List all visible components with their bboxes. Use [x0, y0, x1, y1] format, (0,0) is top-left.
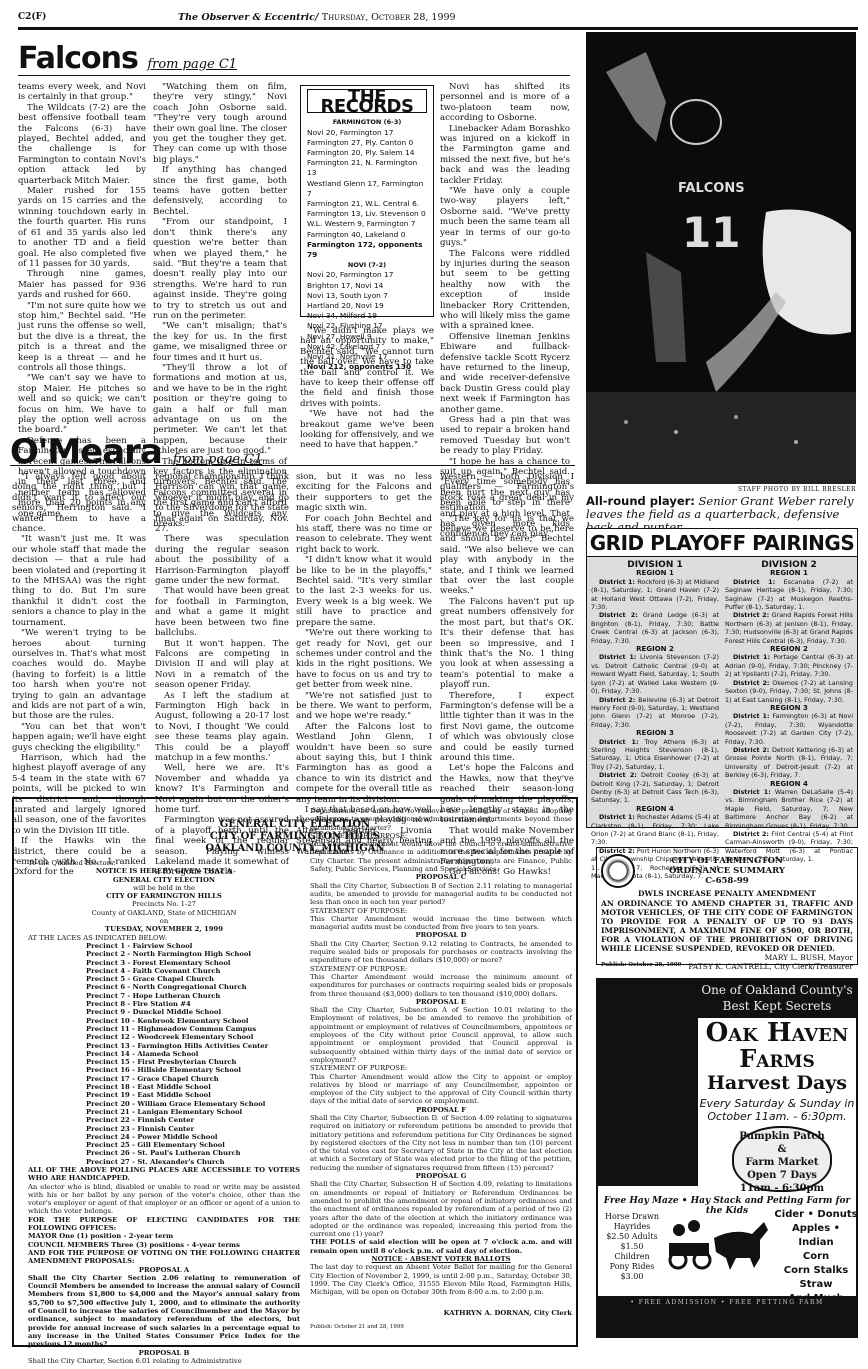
paragraph: "I didn't know what it would be like to …	[296, 555, 432, 628]
paragraph: regional championship. I think Harrison …	[155, 472, 289, 534]
farm-name: Oak Haven	[698, 1020, 856, 1046]
records-box: THE RECORDS FARMINGTON (6-3) Novi 20, Fa…	[300, 85, 434, 317]
precinct-item: Precinct 1 - Fairview School	[86, 942, 300, 950]
result-row: Farmington 20, Ply. Salem 14	[307, 148, 427, 158]
farmington-header: FARMINGTON (6-3)	[307, 117, 427, 127]
football-photo: FALCONS 11	[586, 32, 856, 484]
paragraph: Linebacker Adam Borashko was injured on …	[440, 124, 570, 186]
photo-credit: STAFF PHOTO BY BILL BRESLER	[586, 486, 856, 493]
result-row: Novi 20, Farmington 17	[307, 270, 427, 280]
price-line: Horse Drawn	[602, 1212, 662, 1222]
precinct-item: Precinct 19 - East Middle School	[86, 1091, 300, 1099]
precinct-item: Precinct 23 - Finnish Center	[86, 1125, 300, 1133]
precinct-item: Precinct 18 - East Middle School	[86, 1083, 300, 1091]
paragraph: "We're not satisfied just to be there. W…	[296, 691, 432, 722]
district-pairing: District 1: Portage Central (6-3) at Adr…	[725, 653, 853, 678]
svg-text:FALCONS: FALCONS	[678, 181, 745, 196]
proposal-c-text: Shall the City Charter, Subsection B of …	[310, 882, 572, 907]
division-label: DIVISION 2	[725, 561, 853, 569]
goods-item: Corn	[774, 1250, 858, 1264]
paragraph: As I left the stadium at Farmington High…	[155, 691, 289, 764]
svg-text:11: 11	[682, 208, 740, 257]
region-label: REGION 1	[591, 569, 719, 577]
district-pairing: District 2: Grand Rapids Forest Hills No…	[725, 611, 853, 645]
notice-col-1: To the Qualified Electors: NOTICE IS HER…	[28, 859, 300, 1365]
playoff-pairings-box: GRID PLAYOFF PAIRINGS DIVISION 1 REGION …	[586, 528, 858, 828]
precinct-item: Precinct 24 - Power Middle School	[86, 1133, 300, 1141]
paragraph: "We're out there working to get ready fo…	[296, 628, 432, 690]
result-row: Farmington 21, W.L. Central 6.	[307, 199, 427, 209]
paragraph: Through nine games, Maier has passed for…	[18, 269, 146, 300]
result-row: Brighton 17, Novi 14	[307, 281, 427, 291]
paragraph: sion, but it was no less exciting for th…	[296, 472, 432, 514]
precinct-item: Precinct 12 - Woodcreek Elementary Schoo…	[86, 1033, 300, 1041]
precinct-item: Precinct 10 - Kenbrook Elementary School	[86, 1017, 300, 1025]
assistance-note: An elector who is blind, disabled or una…	[28, 1183, 300, 1216]
precinct-item: Precinct 3 - Forest Elementary School	[86, 959, 300, 967]
headline-rule	[18, 75, 570, 76]
result-row: Farmington 27, Ply. Canton 0	[307, 138, 427, 148]
footer-text: • FREE ADMISSION • FREE PETTING FARM	[598, 1299, 856, 1306]
paragraph: Therefore, I expect Farmington's defense…	[440, 691, 574, 764]
farmington-total: Farmington 172, opponents 79	[307, 240, 427, 260]
ordinance-number: C-658-99	[597, 876, 857, 886]
ordinance-body: AN ORDINANCE TO AMEND CHAPTER 31, TRAFFI…	[597, 899, 857, 953]
precinct-item: Precinct 15 - First Presbyterian Church	[86, 1058, 300, 1066]
accessibility-note: ALL OF THE ABOVE POLLING PLACES ARE ACCE…	[28, 1166, 300, 1183]
district-pairing: District 2: Detroit Kettering (6-3) at G…	[725, 746, 853, 780]
proposal-g-title: PROPOSAL G	[310, 1172, 572, 1180]
banner-line: One of Oakland County's	[698, 982, 856, 998]
precinct-item: Precinct 13 - Farmington Hills Activitie…	[86, 1042, 300, 1050]
goods-item: Straw	[774, 1278, 858, 1292]
precinct-item: Precinct 14 - Alameda School	[86, 1050, 300, 1058]
paragraph: Novi has shifted its personnel and is mo…	[440, 82, 570, 124]
division-label: DIVISION 1	[591, 561, 719, 569]
paragraph: Offensive lineman Jenkins Ebiware and fu…	[440, 332, 570, 415]
precinct-item: Precinct 25 - Gill Elementary School	[86, 1141, 300, 1149]
precinct-item: Precinct 5 - Grace Chapel Church	[86, 975, 300, 983]
precinct-item: Precinct 21 - Lanigan Elementary School	[86, 1108, 300, 1116]
football-player-image: FALCONS 11	[586, 32, 856, 484]
region-label: REGION 4	[725, 780, 853, 788]
paragraph: "We weren't trying to be heroes about tu…	[12, 628, 146, 722]
ordinance-footer: Publish: October 28, 1999 PATSY K. CANTR…	[597, 962, 857, 971]
precinct-item: Precinct 26 - St. Paul's Lutheran Church	[86, 1149, 300, 1157]
precinct-item: Precinct 8 - Fire Station #4	[86, 1000, 300, 1008]
mayor-office: MAYOR One (1) position - 2-year term	[28, 1232, 300, 1240]
region-label: REGION 1	[725, 569, 853, 577]
proposal-a-text: Shall the City Charter Section 2.06 rela…	[28, 1274, 300, 1349]
price-line: Pony Rides	[602, 1262, 662, 1272]
proposal-b-statement: This Charter Amendment would allow the C…	[310, 840, 572, 873]
result-row: Novi 20, Farmington 17	[307, 128, 427, 138]
precinct-item: Precinct 11 - Highmeadow Common Campus	[86, 1025, 300, 1033]
headline-text: Falcons	[18, 41, 138, 76]
paper-name: The Observer & Eccentric/	[178, 12, 318, 23]
proposal-a-title: PROPOSAL A	[28, 1266, 300, 1274]
paragraph: Western — both Division I qualifiers — F…	[440, 472, 574, 514]
proposal-e-title: PROPOSAL E	[310, 998, 572, 1006]
precinct-item: Precinct 7 - Hope Lutheran Church	[86, 992, 300, 1000]
pumpkin-line: 11am - 6:30pm	[734, 1182, 830, 1195]
goods-item: Cider • Donuts	[774, 1208, 858, 1222]
paragraph: "Watching them on film, they're very sti…	[153, 82, 287, 165]
precinct-item: Precinct 16 - Hillside Elementary School	[86, 1066, 300, 1074]
district-pairing: District 2: Grand Ledge (6-3) at Brighto…	[591, 611, 719, 645]
paragraph: If anything has changed since the first …	[153, 165, 287, 217]
pairings-columns: DIVISION 1 REGION 1 District 1: Rockford…	[587, 557, 857, 880]
precinct-item: Precinct 6 - North Congregational Church	[86, 983, 300, 991]
charter-line: AND FOR THE PURPOSE OF VOTING ON THE FOL…	[28, 1249, 300, 1266]
event-hours-line: Every Saturday & Sunday in	[698, 1097, 856, 1110]
district-pairing: District 1: Rochester Adams (5-4) at Cla…	[591, 813, 719, 847]
masthead: The Observer & Eccentric/ Thursday, Octo…	[178, 12, 456, 23]
price-line: Hayrides	[602, 1222, 662, 1232]
price-line: $3.00	[602, 1272, 662, 1282]
paragraph: "It wasn't just me. It was our whole sta…	[12, 534, 146, 628]
proposal-f-text: Shall the City Charter, Subsection D. of…	[310, 1114, 572, 1172]
polls-hours: THE POLLS of said election will be open …	[310, 1238, 572, 1255]
paragraph: The Wildcats (7-2) are the best offensiv…	[18, 103, 146, 186]
proposal-b-text: Shall the City Charter, Section 6.01 rel…	[28, 1357, 300, 1365]
headline-rule	[10, 465, 575, 466]
precinct-list: Precinct 1 - Fairview School Precinct 2 …	[28, 942, 300, 1166]
event-hours: Every Saturday & Sunday in October 11am.…	[698, 1097, 856, 1123]
ordinance-title-line: ORDINANCE SUMMARY	[597, 866, 857, 876]
division-1-column: DIVISION 1 REGION 1 District 1: Rockford…	[591, 557, 719, 880]
precinct-item: Precinct 2 - North Farmington High Schoo…	[86, 950, 300, 958]
page-folio: C2(F) The Observer & Eccentric/ Thursday…	[18, 10, 856, 26]
paragraph: "From our standpoint, I don't think ther…	[153, 217, 287, 321]
district-pairing: District 2: Okemos (7-2) at Lansing Sext…	[725, 679, 853, 704]
result-row: Hartland 20, Novi 19	[307, 301, 427, 311]
result-row: Farmington 21, N. Farmington 13	[307, 158, 427, 178]
hayride-prices: Horse Drawn Hayrides $2.50 Adults $1.50 …	[602, 1212, 662, 1282]
event-hours-line: October 11am. - 6:30pm.	[698, 1110, 856, 1123]
paragraph: "You can bet that won't happen again; we…	[12, 722, 146, 753]
ordinance-title: CITY OF FARMINGTON ORDINANCE SUMMARY C-6…	[597, 848, 857, 886]
paragraph: But it won't happen. The Falcons are com…	[155, 639, 289, 691]
precinct-item: Precinct 27 - St. Alexander's Church	[86, 1158, 300, 1166]
precinct-item: Precinct 9 - Dunckel Middle School	[86, 1008, 300, 1016]
notice-line: on	[28, 917, 300, 925]
district-pairing: District 1: Warren DeLaSalle (5-4) vs. B…	[725, 788, 853, 830]
falcons-headline: Falcons from page C1	[18, 44, 237, 74]
price-line: $1.50 Children	[602, 1242, 662, 1262]
city-seal-icon	[601, 854, 635, 888]
result-row: Farmington 40, Lakeland 0	[307, 230, 427, 240]
proposal-d-statement: This Charter Amendment would increase th…	[310, 973, 572, 998]
pumpkin-line: Farm Market	[734, 1156, 830, 1169]
clerk-signature: PATSY K. CANTRELL, City Clerk/Treasurer	[688, 962, 853, 971]
proposal-d-title: PROPOSAL D	[310, 931, 572, 939]
goods-item: Apples • Indian	[774, 1222, 858, 1250]
region-label: REGION 3	[725, 704, 853, 712]
absent-voter-title: NOTICE - ABSENT VOTER BALLOTS	[310, 1255, 572, 1263]
election-notice: GENERAL CITY ELECTION CITY OF FARMINGTON…	[12, 797, 578, 1347]
horse-wagon-icon	[664, 1208, 774, 1274]
paragraph: "We can't say we have to stop Maier. He …	[18, 373, 146, 435]
falcons-col-3: "We didn't make plays we had an opportun…	[300, 326, 434, 451]
notice-line: NOTICE IS HEREBY GIVEN THAT A	[28, 867, 300, 875]
result-row: W.L. Western 9, Farmington 7	[307, 219, 427, 229]
district-pairing: District 1: Troy Athens (6-3) at Sterlin…	[591, 738, 719, 772]
goods-item: Corn Stalks	[774, 1264, 858, 1278]
region-label: REGION 4	[591, 805, 719, 813]
issue-date: Thursday, October 28, 1999	[322, 12, 456, 23]
proposal-e-statement: This Charter Amendment would allow the C…	[310, 1073, 572, 1106]
notice-line: will be held in the	[28, 884, 300, 892]
notice-line: CITY OF FARMINGTON HILLS	[28, 892, 300, 900]
paragraph: Maier rushed for 155 yards on 15 carries…	[18, 186, 146, 269]
proposal-c-title: PROPOSAL C	[310, 873, 572, 881]
paragraph: teams every week, and Novi is certainly …	[18, 82, 146, 103]
paragraph: After the Falcons lost to Westland John …	[296, 722, 432, 805]
paragraph: "The key for us is that we believe we de…	[440, 514, 574, 597]
notice-line: County of OAKLAND, State of MICHIGAN	[28, 909, 300, 917]
salutation: To the Qualified Electors:	[28, 859, 300, 867]
farm-name-2: Farms	[698, 1046, 856, 1072]
notice-line: Precincts No. 1-27	[28, 900, 300, 908]
proposal-g-text: Shall the City Charter, Subsection H of …	[310, 1180, 572, 1238]
precinct-item: Precinct 4 - Faith Covenant Church	[86, 967, 300, 975]
district-pairing: District 2: Belleville (6-3) at Detroit …	[591, 696, 719, 730]
result-row: Farmington 13, Liv. Stevenson 0	[307, 209, 427, 219]
absent-voter-text: The last day to request an Absent Voter …	[310, 1263, 572, 1296]
proposal-e-text: Shall the City Charter, Subsection A of …	[310, 1006, 572, 1064]
ordinance-title-line: CITY OF FARMINGTON	[597, 856, 857, 866]
pumpkin-line: Pumpkin Patch &	[734, 1130, 830, 1156]
proposal-b-title: PROPOSAL B	[28, 1349, 300, 1357]
pairings-title: GRID PLAYOFF PAIRINGS	[587, 529, 857, 557]
ad-footer-strip: • FREE ADMISSION • FREE PETTING FARM	[598, 1296, 856, 1336]
district-pairing: District 1: Escanaba (7-2) at Saginaw He…	[725, 578, 853, 612]
result-row: Novi 34, Milford 19	[307, 311, 427, 321]
paragraph: The Falcons were riddled by injuries dur…	[440, 249, 570, 332]
ad-photo-left	[598, 980, 698, 1186]
paragraph: For coach John Bechtel and his staff, th…	[296, 514, 432, 556]
ordinance-subtitle: DWLS INCREASE PENALTY AMENDMENT	[597, 889, 857, 899]
caption-lead: All-round player:	[586, 494, 695, 508]
mayor-signature: MARY L. BUSH, Mayor	[597, 953, 857, 962]
result-row: Westland Glenn 17, Farmington 7	[307, 179, 427, 199]
clerk-signature: KATHRYN A. DORNAN, City Clerk	[310, 1309, 572, 1317]
paragraph: "We didn't make plays we had an opportun…	[300, 326, 434, 409]
pumpkin-line: Open 7 Days	[734, 1169, 830, 1182]
top-rule	[18, 27, 858, 30]
statement-label: STATEMENT OF PURPOSE:	[310, 1064, 572, 1072]
notice-col-2: Departments, be amended to remove the pr…	[310, 807, 572, 1331]
proposal-f-title: PROPOSAL F	[310, 1106, 572, 1114]
region-label: REGION 2	[591, 645, 719, 653]
paragraph: "I'm not sure quite how we stop him," Be…	[18, 301, 146, 374]
election-date: TUESDAY, NOVEMBER 2, 1999	[28, 925, 300, 933]
paragraph: "We have not had the breakout game we've…	[300, 409, 434, 451]
notice-line: GENERAL CITY ELECTION	[28, 876, 300, 884]
paragraph: "I always felt good about doing the righ…	[12, 472, 146, 534]
district-pairing: District 1: Farmington (6-3) at Novi (7-…	[725, 712, 853, 746]
novi-header: NOVI (7-2)	[307, 260, 427, 270]
division-2-column: DIVISION 2 REGION 1 District 1: Escanaba…	[725, 557, 853, 880]
district-pairing: District 2: Detroit Cooley (6-3) at Detr…	[591, 771, 719, 805]
result-row: Novi 13, South Lyon 7	[307, 291, 427, 301]
purpose-line: FOR THE PURPOSE OF ELECTING CANDIDATES F…	[28, 1216, 300, 1233]
pumpkin-graphic: Pumpkin Patch & Farm Market Open 7 Days …	[732, 1126, 832, 1192]
farmington-results: Novi 20, Farmington 17 Farmington 27, Pl…	[307, 128, 427, 240]
ordinance-summary: CITY OF FARMINGTON ORDINANCE SUMMARY C-6…	[596, 847, 858, 965]
jump-line: from page C1	[147, 57, 237, 72]
district-pairing: District 1: Livonia Stevenson (7-2) vs. …	[591, 653, 719, 695]
precinct-item: Precinct 22 - Finnish Center	[86, 1116, 300, 1124]
region-label: REGION 3	[591, 729, 719, 737]
paragraph: "We have only a couple two-way players l…	[440, 186, 570, 248]
event-name: Harvest Days	[698, 1072, 856, 1094]
oak-haven-ad: One of Oakland County's Best Kept Secret…	[596, 978, 858, 1338]
statement-label: STATEMENT OF PURPOSE:	[310, 965, 572, 973]
precinct-item: Precinct 20 - William Grace Elementary S…	[86, 1100, 300, 1108]
paragraph: Gress had a pin that was used to repair …	[440, 415, 570, 457]
proposal-c-statement: This Charter Amendment would increase th…	[310, 915, 572, 932]
statement-label: STATEMENT OF PURPOSE:	[310, 832, 572, 840]
records-title: THE RECORDS	[307, 89, 427, 113]
paragraph: "We can't misalign; that's the key for u…	[153, 321, 287, 363]
paragraph: That would have been great for football …	[155, 586, 289, 638]
publish-date: Publish: October 28, 1999	[601, 962, 682, 971]
banner-line: Best Kept Secrets	[698, 998, 856, 1014]
statement-label: STATEMENT OF PURPOSE:	[310, 907, 572, 915]
paragraph: There was speculation during the regular…	[155, 534, 289, 586]
places-header: AT THE LACES AS INDICATED BELOW:	[28, 934, 300, 942]
precinct-item: Precinct 17 - Grace Chapel Church	[86, 1075, 300, 1083]
council-office: COUNCIL MEMBERS Three (3) positions - 4-…	[28, 1241, 300, 1249]
region-label: REGION 2	[725, 645, 853, 653]
paragraph: The Falcons haven't put up great numbers…	[440, 597, 574, 691]
price-line: $2.50 Adults	[602, 1232, 662, 1242]
omeara-headline: O'Meara from page C1	[10, 435, 262, 469]
headline-text: O'Meara	[10, 432, 162, 472]
proposal-d-text: Shall the City Charter, Section 9.12 rel…	[310, 940, 572, 965]
publish-dates: Publish: October 21 and 28, 1999	[310, 1323, 572, 1331]
district-pairing: District 1: Rockford (6-3) at Midland (8…	[591, 578, 719, 612]
ad-banner: One of Oakland County's Best Kept Secret…	[698, 980, 856, 1018]
proposal-b-continued: Departments, be amended to remove the pr…	[310, 807, 572, 832]
page-number: C2(F)	[18, 12, 46, 22]
